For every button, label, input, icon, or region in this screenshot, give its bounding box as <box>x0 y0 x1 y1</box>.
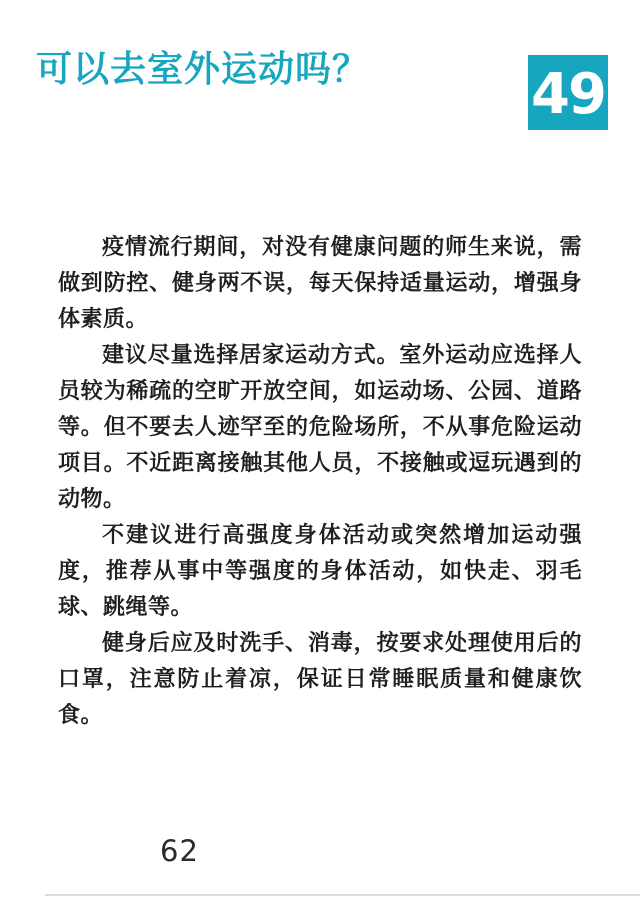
body-paragraph: 建议尽量选择居家运动方式。室外运动应选择人员较为稀疏的空旷开放空间，如运动场、公… <box>58 337 582 517</box>
body-paragraph: 不建议进行高强度身体活动或突然增加运动强度，推荐从事中等强度的身体活动，如快走、… <box>58 517 582 625</box>
body-paragraph: 健身后应及时洗手、消毒，按要求处理使用后的口罩，注意防止着凉，保证日常睡眠质量和… <box>58 625 582 733</box>
body-text-block: 疫情流行期间，对没有健康问题的师生来说，需做到防控、健身两不误，每天保持适量运动… <box>58 229 582 733</box>
page-number: 62 <box>160 834 199 868</box>
document-page: 可以去室外运动吗？ 49 疫情流行期间，对没有健康问题的师生来说，需做到防控、健… <box>0 0 640 899</box>
body-paragraph: 疫情流行期间，对没有健康问题的师生来说，需做到防控、健身两不误，每天保持适量运动… <box>58 229 582 337</box>
chapter-number-badge: 49 <box>528 55 608 130</box>
page-edge-shadow <box>45 894 640 896</box>
page-title: 可以去室外运动吗？ <box>36 48 369 90</box>
